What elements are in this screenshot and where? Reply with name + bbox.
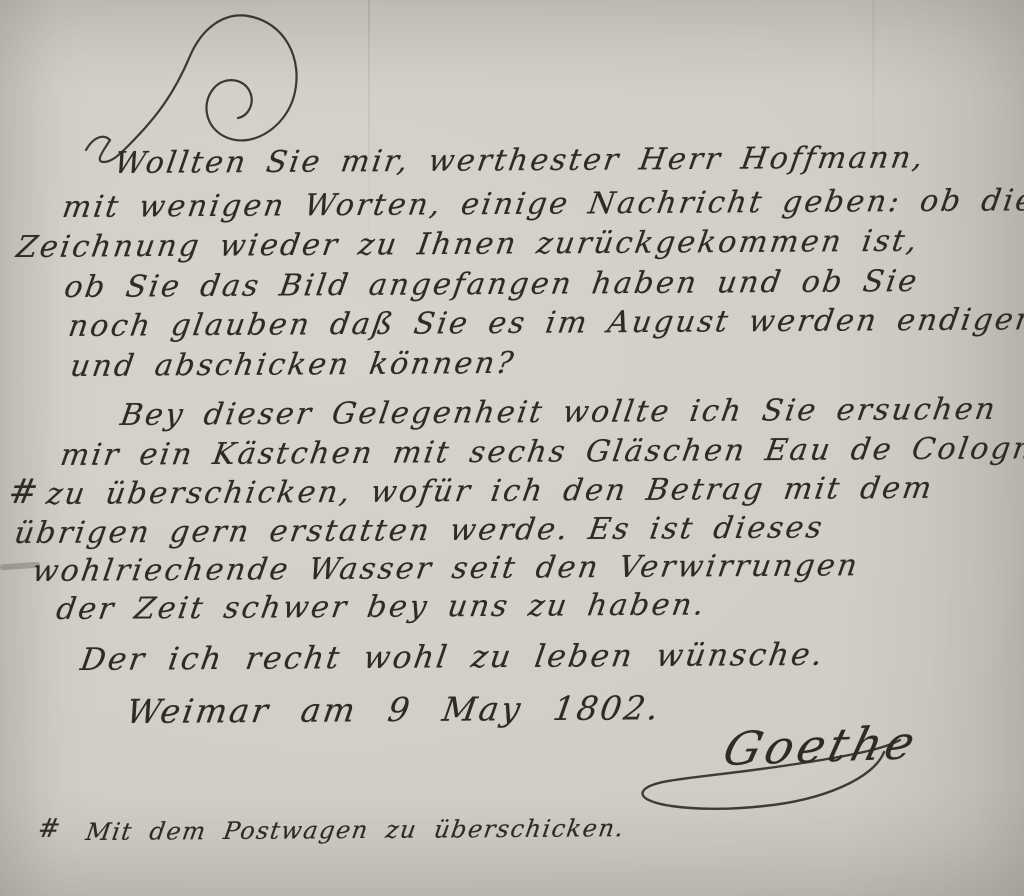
letter-line: ob Sie das Bild angefangen haben und ob …	[62, 264, 921, 305]
letter-line: und abschicken können?	[68, 346, 518, 384]
letter-line: mir ein Kästchen mit sechs Gläschen Eau …	[58, 431, 1024, 473]
letter-line: mit wenigen Worten, einige Nachricht geb…	[60, 183, 1024, 225]
closing-line: Der ich recht wohl zu leben wünsche.	[78, 637, 827, 678]
margin-hash-mark: #	[6, 472, 41, 512]
dateline: Weimar am 9 May 1802.	[124, 688, 664, 731]
signature: Goethe	[718, 715, 924, 776]
letter-line: wohlriechende Wasser seit den Verwirrung…	[30, 548, 862, 589]
letter-line: Zeichnung wieder zu Ihnen zurückgekommen…	[14, 224, 921, 265]
footnote-line: Mit dem Postwagen zu überschicken.	[84, 814, 627, 846]
letter-page: Wollten Sie mir, werthester Herr Hoffman…	[0, 0, 1024, 896]
letter-line: Bey dieser Gelegenheit wollte ich Sie er…	[118, 392, 1000, 433]
letter-line: übrigen gern erstatten werde. Es ist die…	[12, 510, 827, 551]
letter-line: zu überschicken, wofür ich den Betrag mi…	[44, 471, 936, 512]
footnote-hash-mark: #	[36, 814, 65, 844]
letter-line: Wollten Sie mir, werthester Herr Hoffman…	[112, 140, 928, 181]
letter-line: der Zeit schwer bey uns zu haben.	[54, 587, 709, 627]
letter-line: noch glauben daß Sie es im August werden…	[66, 302, 1024, 344]
